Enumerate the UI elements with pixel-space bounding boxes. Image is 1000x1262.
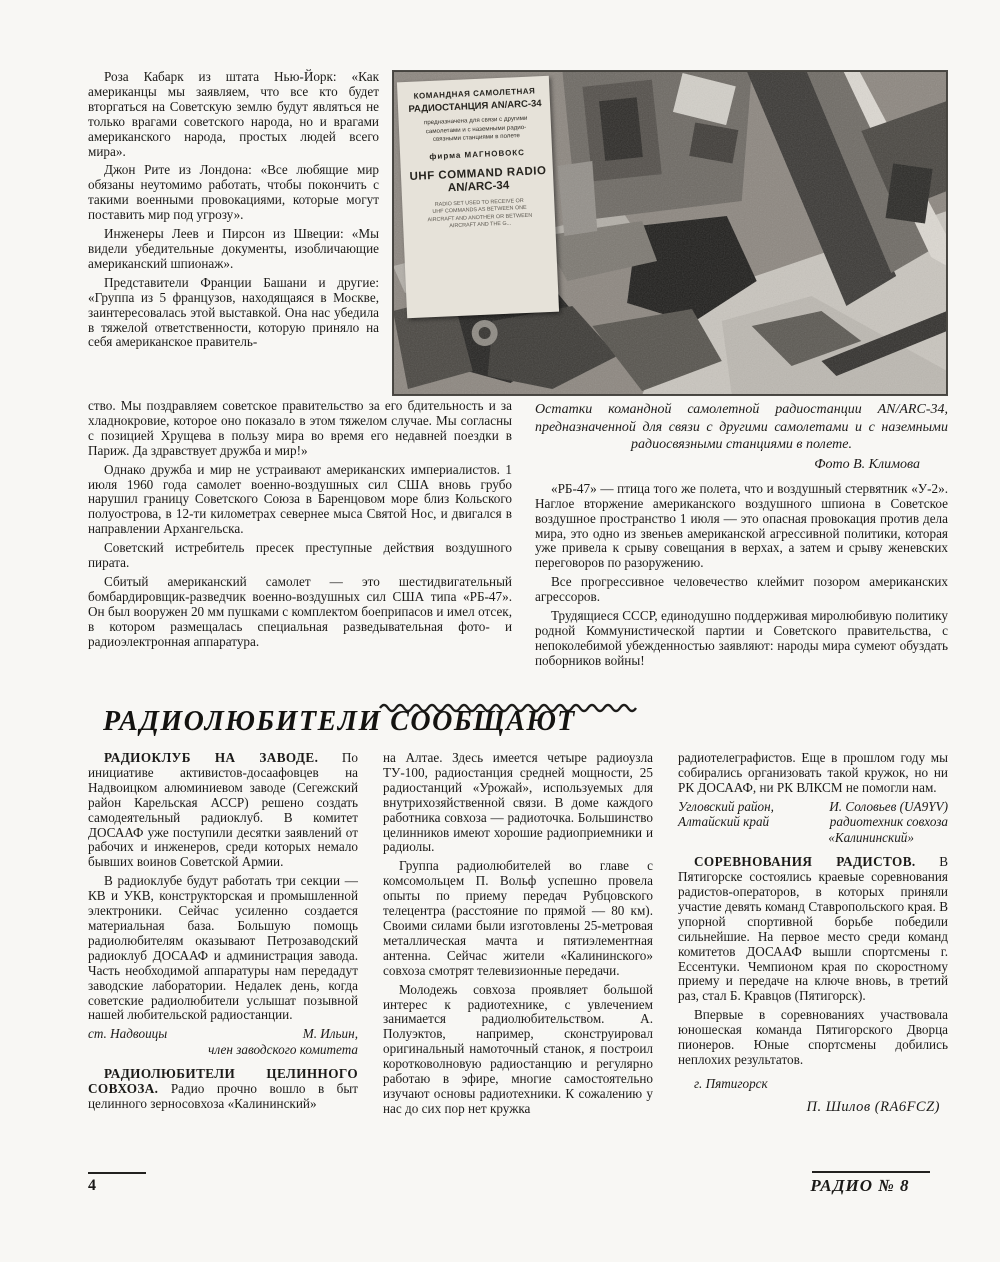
article-paragraph: Джон Рите из Лондона: «Все любящие мир о…	[88, 163, 379, 223]
news-columns: РАДИОКЛУБ НА ЗАВОДЕ. По инициативе актив…	[88, 751, 948, 1117]
article-paragraph: Советский истребитель пресек преступные …	[88, 541, 512, 571]
placard-line: РАДИОСТАНЦИЯ AN/ARC-34	[404, 98, 546, 115]
news-item-paragraph: В радиоклубе будут работать три секции —…	[88, 874, 358, 1023]
magazine-page: Роза Кабарк из штата Нью-Йорк: «Как амер…	[0, 0, 1000, 1262]
top-row: Роза Кабарк из штата Нью-Йорк: «Как амер…	[88, 70, 948, 396]
page-number: 4	[88, 1177, 96, 1195]
article-paragraph: «РБ-47» — птица того же полета, что и во…	[535, 482, 948, 571]
article-right-column: Остатки командной самолетной радиостанци…	[535, 399, 948, 669]
article-paragraph: Трудящиеся СССР, единодушно поддерживая …	[535, 609, 948, 669]
top-left-column: Роза Кабарк из штата Нью-Йорк: «Как амер…	[88, 70, 379, 396]
article-paragraph: ство. Мы поздравляем советское правитель…	[88, 399, 512, 459]
signature-row: ст. Надвоицы М. Ильин,	[88, 1026, 358, 1042]
article-paragraph: Однако дружба и мир не устраивают америк…	[88, 463, 512, 538]
page-number-rule	[88, 1172, 146, 1174]
photo-caption: Остатки командной самолетной радиостанци…	[535, 401, 948, 454]
news-item-title: СОРЕВНОВАНИЯ РАДИСТОВ.	[694, 854, 916, 869]
magazine-footer: РАДИО № 8	[790, 1176, 930, 1196]
news-item-title: РАДИОКЛУБ НА ЗАВОДЕ.	[104, 750, 318, 765]
news-item-paragraph: радиотелеграфистов. Еще в прошлом году м…	[678, 751, 948, 796]
news-column-1: РАДИОКЛУБ НА ЗАВОДЕ. По инициативе актив…	[88, 751, 358, 1117]
news-item-paragraph: Молодежь совхоза проявляет большой интер…	[383, 983, 653, 1117]
signature-row: Угловский район, И. Соловьев (UA9YV)	[678, 799, 948, 815]
signature-role: радиотехник совхоза	[830, 814, 948, 830]
photo-figure: КОМАНДНАЯ САМОЛЕТНАЯ РАДИОСТАНЦИЯ AN/ARC…	[392, 70, 948, 396]
news-item-paragraph: СОРЕВНОВАНИЯ РАДИСТОВ. В Пятигорске сост…	[678, 855, 948, 1004]
signature-place: ст. Надвоицы	[88, 1026, 167, 1042]
signature-farm: «Калининский»	[678, 830, 948, 846]
news-column-3: радиотелеграфистов. Еще в прошлом году м…	[678, 751, 948, 1117]
news-item-paragraph: Группа радиолюбителей во главе с комсомо…	[383, 859, 653, 978]
news-item-text: В Пятигорске состоялись краевые соревнов…	[678, 854, 948, 1003]
signature-name: М. Ильин,	[303, 1026, 358, 1042]
news-item-paragraph: РАДИОЛЮБИТЕЛИ ЦЕЛИННОГО СОВХОЗА. Радио п…	[88, 1067, 358, 1112]
news-item-paragraph: на Алтае. Здесь имеется четыре радиоузла…	[383, 751, 653, 855]
signature-place: г. Пятигорск	[678, 1076, 948, 1092]
news-item-text: По инициативе активистов-досаафовцев на …	[88, 750, 358, 869]
article-paragraph: Все прогрессивное человечество клеймит п…	[535, 575, 948, 605]
placard-line: фирма МАГНОВОКС	[406, 146, 548, 161]
signature-name: П. Шилов (RA6FCZ)	[678, 1099, 948, 1116]
magazine-footer-rule	[812, 1171, 930, 1173]
article-paragraph: Роза Кабарк из штата Нью-Йорк: «Как амер…	[88, 70, 379, 159]
signature-place: Алтайский край	[678, 814, 769, 830]
article-wide-column: ство. Мы поздравляем советское правитель…	[88, 399, 512, 669]
exhibit-placard: КОМАНДНАЯ САМОЛЕТНАЯ РАДИОСТАНЦИЯ AN/ARC…	[397, 76, 559, 318]
photo-credit: Фото В. Климова	[535, 457, 920, 473]
signature-place: Угловский район,	[678, 799, 774, 815]
news-item-paragraph: РАДИОКЛУБ НА ЗАВОДЕ. По инициативе актив…	[88, 751, 358, 870]
news-column-2: на Алтае. Здесь имеется четыре радиоузла…	[383, 751, 653, 1117]
article-paragraph: Представители Франции Башани и другие: «…	[88, 276, 379, 351]
middle-row: ство. Мы поздравляем советское правитель…	[88, 399, 948, 669]
news-item-paragraph: Впервые в соревнованиях участвовала юнош…	[678, 1008, 948, 1068]
signature-name: И. Соловьев (UA9YV)	[829, 799, 948, 815]
signature-role: член заводского комитета	[88, 1042, 358, 1058]
article-paragraph: Инженеры Леев и Пирсон из Швеции: «Мы ви…	[88, 227, 379, 272]
signature-row: Алтайский край радиотехник совхоза	[678, 814, 948, 830]
section-heading: РАДИОЛЮБИТЕЛИ СООБЩАЮТ	[103, 706, 576, 738]
article-paragraph: Сбитый американский самолет — это шестид…	[88, 575, 512, 650]
